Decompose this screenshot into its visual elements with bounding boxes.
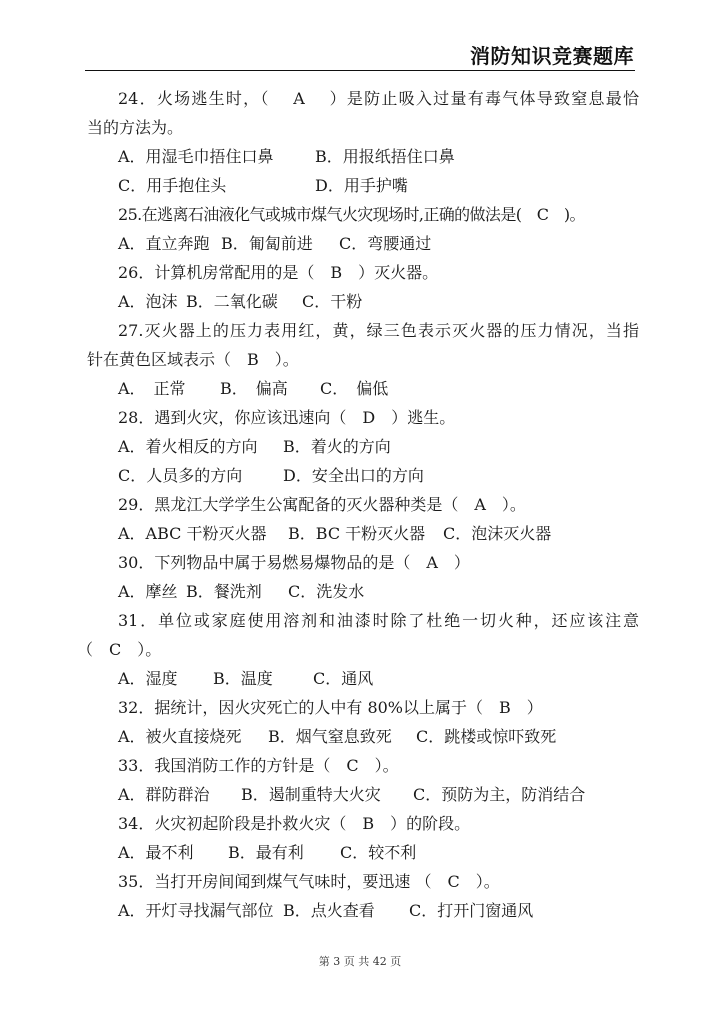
options-row: A．直立奔跑 B．匍匐前进 C．弯腰通过 [87,229,639,258]
question-text-cont: 针在黄色区域表示（ B ）。 [87,345,639,374]
question-30: 30．下列物品中属于易燃易爆物品的是（ A ） A．摩丝 B．餐洗剂 C．洗发水 [87,548,639,606]
option-d: D．安全出口的方向 [283,461,424,490]
question-text: 29．黑龙江大学学生公寓配备的灭火器种类是（ A ）。 [87,490,639,519]
options-row: A．开灯寻找漏气部位 B．点火查看 C．打开门窗通风 [87,896,639,925]
question-32: 32．据统计，因火灾死亡的人中有 80%以上属于（ B ） A．被火直接烧死 B… [87,693,639,751]
question-text: 35．当打开房间闻到煤气气味时，要迅速 （ C ）。 [87,867,639,896]
option-c: C．通风 [313,664,373,693]
question-list: 24．火场逃生时，（ A ）是防止吸入过量有毒气体导致窒息最恰 当的方法为。 A… [87,84,639,925]
option-a: A．ABC 干粉灭火器 [118,519,288,548]
option-b: B．最有利 [228,838,340,867]
question-33: 33．我国消防工作的方针是（ C ）。 A．群防群治 B．遏制重特大火灾 C．预… [87,751,639,809]
question-text-cont: 当的方法为。 [87,113,639,142]
question-25: 25.在逃离石油液化气或城市煤气火灾现场时,正确的做法是( C )。 A．直立奔… [87,200,639,258]
option-b: B． 偏高 [220,374,320,403]
option-d: D．用手护嘴 [315,171,408,200]
option-a: A．泡沫 [118,287,186,316]
options-row: C．人员多的方向 D．安全出口的方向 [87,461,639,490]
option-a: A．摩丝 [118,577,186,606]
options-row: A．ABC 干粉灭火器 B．BC 干粉灭火器 C．泡沫灭火器 [87,519,639,548]
options-row: A．摩丝 B．餐洗剂 C．洗发水 [87,577,639,606]
option-b: B．BC 干粉灭火器 [288,519,443,548]
option-b: B．用报纸捂住口鼻 [315,142,455,171]
question-text: 34．火灾初起阶段是扑救火灾（ B ）的阶段。 [87,809,639,838]
question-29: 29．黑龙江大学学生公寓配备的灭火器种类是（ A ）。 A．ABC 干粉灭火器 … [87,490,639,548]
question-text: 24．火场逃生时，（ A ）是防止吸入过量有毒气体导致窒息最恰 [87,84,639,113]
option-c: C．跳楼或惊吓致死 [416,722,556,751]
options-row: A．着火相反的方向 B．着火的方向 [87,432,639,461]
options-row: A．被火直接烧死 B．烟气窒息致死 C．跳楼或惊吓致死 [87,722,639,751]
option-c: C．泡沫灭火器 [443,519,551,548]
option-a: A．开灯寻找漏气部位 [118,896,283,925]
option-b: B．烟气窒息致死 [268,722,416,751]
document-header-title: 消防知识竞赛题库 [470,40,634,69]
option-a: A．湿度 [118,664,213,693]
question-text: 27.灭火器上的压力表用红，黄，绿三色表示灭火器的压力情况，当指 [87,316,639,345]
header-divider [85,70,635,71]
question-text: 31．单位或家庭使用溶剂和油漆时除了杜绝一切火种，还应该注意 [87,606,639,635]
question-35: 35．当打开房间闻到煤气气味时，要迅速 （ C ）。 A．开灯寻找漏气部位 B．… [87,867,639,925]
page-number-footer: 第 3 页 共 42 页 [0,953,720,969]
option-a: A．着火相反的方向 [118,432,283,461]
option-c: C．弯腰通过 [339,229,431,258]
option-c: C．干粉 [302,287,362,316]
option-b: B．匍匐前进 [221,229,339,258]
question-text: 32．据统计，因火灾死亡的人中有 80%以上属于（ B ） [87,693,639,722]
option-b: B．二氧化碳 [186,287,302,316]
option-c: C．用手抱住头 [118,171,315,200]
option-c: C．打开门窗通风 [409,896,533,925]
option-b: B．点火查看 [283,896,409,925]
option-b: B．遏制重特大火灾 [241,780,413,809]
option-a: A．最不利 [118,838,228,867]
question-26: 26．计算机房常配用的是（ B ）灭火器。 A．泡沫 B．二氧化碳 C．干粉 [87,258,639,316]
option-b: B．餐洗剂 [186,577,288,606]
options-row: A．最不利 B．最有利 C．较不利 [87,838,639,867]
options-row: A．湿度 B．温度 C．通风 [87,664,639,693]
question-text: 25.在逃离石油液化气或城市煤气火灾现场时,正确的做法是( C )。 [87,200,639,229]
option-a: A． 正常 [118,374,220,403]
option-c: C．较不利 [340,838,416,867]
options-row: A．群防群治 B．遏制重特大火灾 C．预防为主，防消结合 [87,780,639,809]
question-text: 33．我国消防工作的方针是（ C ）。 [87,751,639,780]
option-c: C．洗发水 [288,577,364,606]
question-24: 24．火场逃生时，（ A ）是防止吸入过量有毒气体导致窒息最恰 当的方法为。 A… [87,84,639,200]
option-a: A．直立奔跑 [118,229,221,258]
question-27: 27.灭火器上的压力表用红，黄，绿三色表示灭火器的压力情况，当指 针在黄色区域表… [87,316,639,403]
option-a: A．群防群治 [118,780,241,809]
option-c: C．人员多的方向 [118,461,283,490]
options-row: C．用手抱住头 D．用手护嘴 [87,171,639,200]
question-34: 34．火灾初起阶段是扑救火灾（ B ）的阶段。 A．最不利 B．最有利 C．较不… [87,809,639,867]
question-text: 26．计算机房常配用的是（ B ）灭火器。 [87,258,639,287]
option-a: A．用湿毛巾捂住口鼻 [118,142,315,171]
option-b: B．着火的方向 [283,432,391,461]
question-text-cont: （ C ）。 [77,635,639,664]
options-row: A． 正常 B． 偏高 C． 偏低 [87,374,639,403]
options-row: A．泡沫 B．二氧化碳 C．干粉 [87,287,639,316]
option-c: C． 偏低 [320,374,388,403]
option-c: C．预防为主，防消结合 [413,780,585,809]
question-text: 30．下列物品中属于易燃易爆物品的是（ A ） [87,548,639,577]
option-b: B．温度 [213,664,313,693]
question-31: 31．单位或家庭使用溶剂和油漆时除了杜绝一切火种，还应该注意 （ C ）。 A．… [87,606,639,693]
options-row: A．用湿毛巾捂住口鼻 B．用报纸捂住口鼻 [87,142,639,171]
question-28: 28．遇到火灾，你应该迅速向（ D ）逃生。 A．着火相反的方向 B．着火的方向… [87,403,639,490]
option-a: A．被火直接烧死 [118,722,268,751]
question-text: 28．遇到火灾，你应该迅速向（ D ）逃生。 [87,403,639,432]
